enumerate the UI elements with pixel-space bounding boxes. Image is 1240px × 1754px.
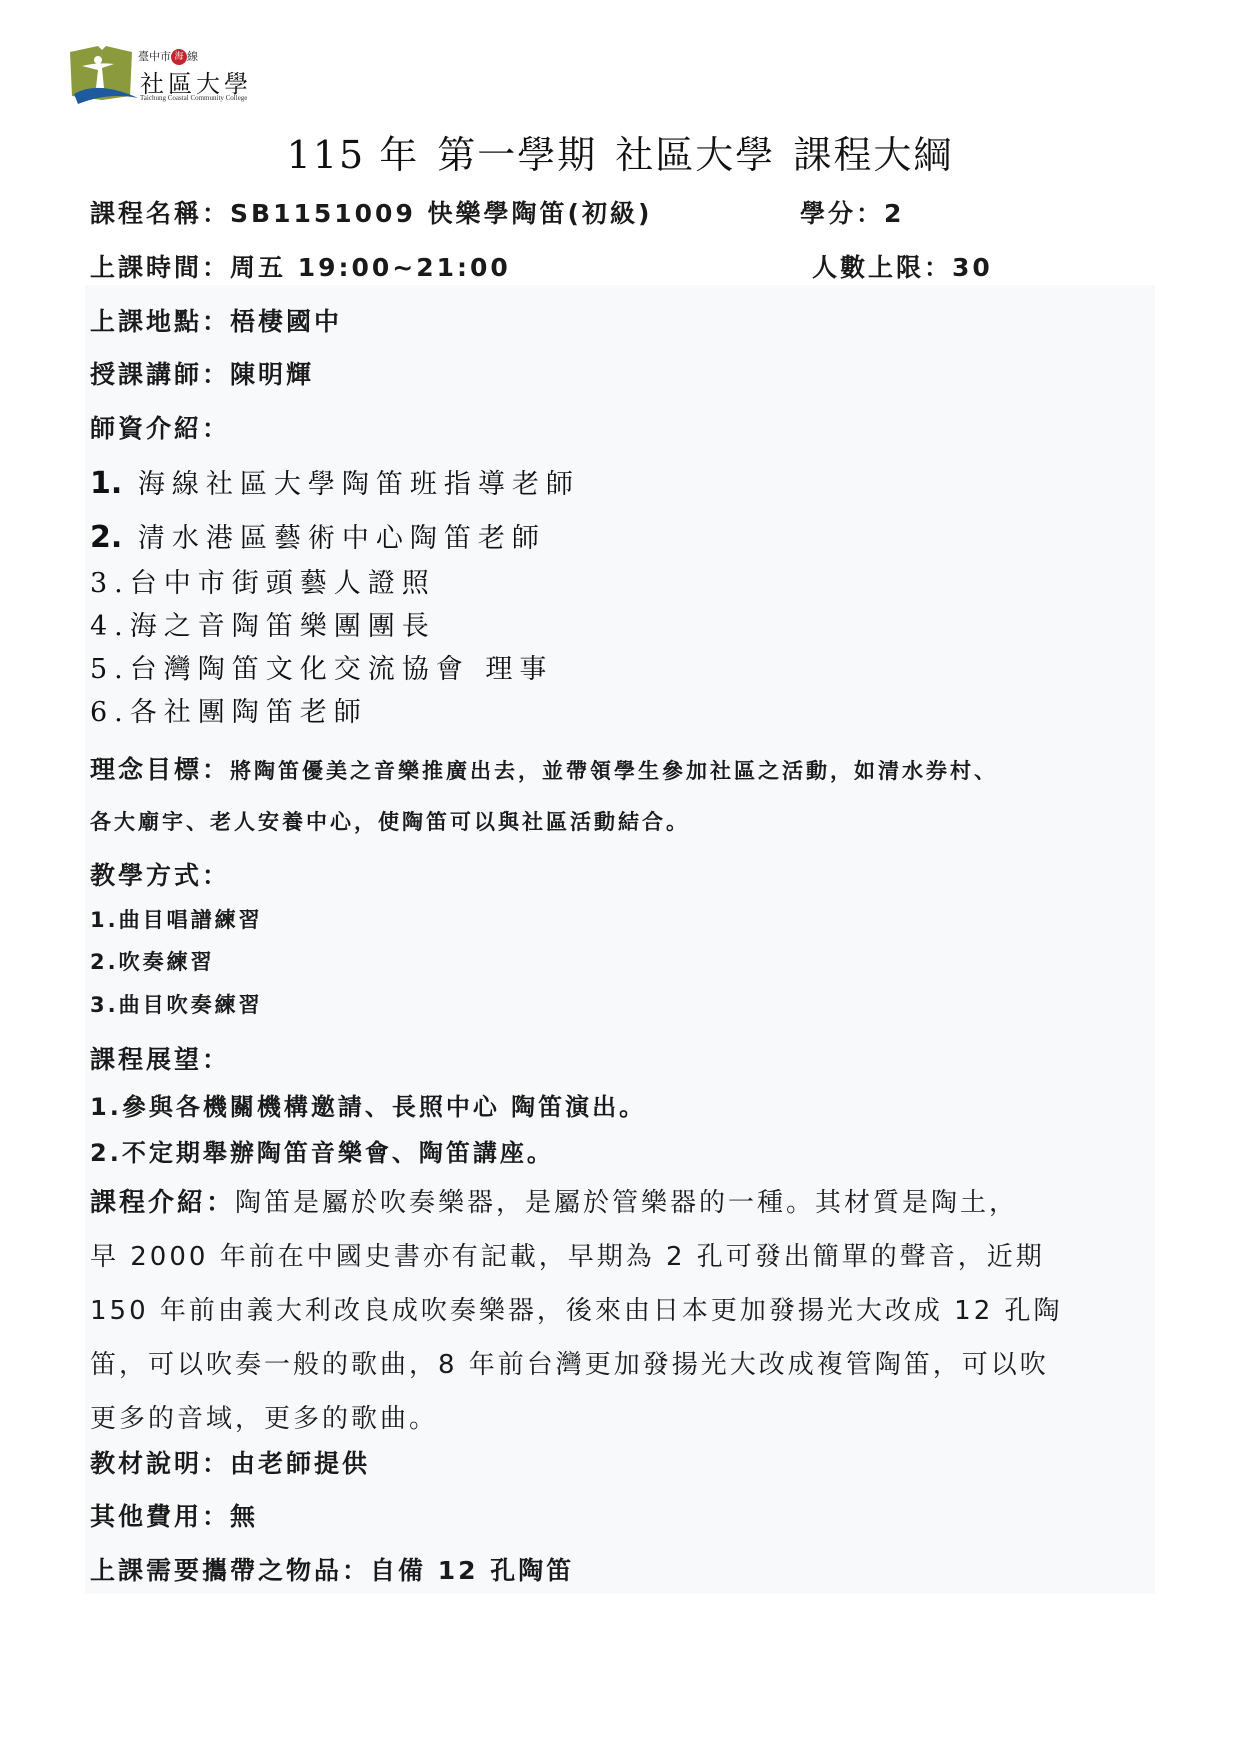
bio-item: 5.台灣陶笛文化交流協會 理事 (90, 647, 553, 686)
outlook-item: 2.不定期舉辦陶笛音樂會、陶笛講座。 (90, 1133, 554, 1168)
instructor-label: 授課講師： (90, 360, 230, 389)
course-name-value: SB1151009 快樂學陶笛(初級) (230, 199, 652, 228)
bio-item: 6.各社團陶笛老師 (90, 690, 368, 729)
fees-row: 其他費用：無 (90, 1497, 258, 1533)
materials-row: 教材說明：由老師提供 (90, 1444, 370, 1480)
time-label: 上課時間： (90, 253, 230, 282)
teaching-heading: 教學方式： (90, 856, 230, 892)
page-title: 115 年第一學期社區大學課程大綱 (0, 124, 1240, 179)
teaching-item: 3.曲目吹奏練習 (90, 989, 263, 1019)
location-row: 上課地點：梧棲國中 (90, 302, 342, 338)
bring-value: 自備 12 孔陶笛 (370, 1556, 574, 1585)
intro-line: 更多的音域，更多的歌曲。 (90, 1398, 438, 1435)
bring-row: 上課需要攜帶之物品：自備 12 孔陶笛 (90, 1551, 574, 1587)
logo-city-text: 臺中市海線 (138, 48, 198, 65)
capacity-value: 30 (952, 253, 993, 282)
credit-value: 2 (884, 199, 904, 228)
capacity-row: 人數上限：30 (812, 248, 993, 284)
course-name-label: 課程名稱： (90, 199, 230, 228)
time-value: 周五 19:00~21:00 (230, 253, 511, 282)
goal-text-line1: 將陶笛優美之音樂推廣出去，並帶領學生參加社區之活動，如清水券村、 (230, 759, 998, 783)
fees-value: 無 (230, 1502, 258, 1531)
materials-value: 由老師提供 (230, 1449, 370, 1478)
time-row: 上課時間：周五 19:00~21:00 (90, 248, 511, 284)
outlook-heading: 課程展望： (90, 1040, 230, 1076)
intro-line: 笛，可以吹奏一般的歌曲，8 年前台灣更加發揚光大改成複管陶笛，可以吹 (90, 1344, 1049, 1381)
goal-row: 理念目標：將陶笛優美之音樂推廣出去，並帶領學生參加社區之活動，如清水券村、 (90, 750, 998, 786)
capacity-label: 人數上限： (812, 253, 952, 282)
intro-line: 課程介紹：陶笛是屬於吹奏樂器，是屬於管樂器的一種。其材質是陶土， (90, 1182, 1018, 1219)
teaching-item: 1.曲目唱譜練習 (90, 904, 263, 934)
instructor-row: 授課講師：陳明輝 (90, 355, 314, 391)
logo-badge: 海 (171, 49, 187, 65)
goal-label: 理念目標： (90, 755, 230, 784)
bring-label: 上課需要攜帶之物品： (90, 1556, 370, 1585)
bio-heading: 師資介紹： (90, 409, 230, 445)
intro-line: 150 年前由義大利改良成吹奏樂器，後來由日本更加發揚光大改成 12 孔陶 (90, 1290, 1063, 1327)
instructor-value: 陳明輝 (230, 360, 314, 389)
bio-item: 2. 清水港區藝術中心陶笛老師 (90, 516, 546, 555)
logo-english-text: Taichung Coastal Community College (140, 94, 247, 102)
course-name-row: 課程名稱：SB1151009 快樂學陶笛(初級) (90, 194, 652, 230)
location-label: 上課地點： (90, 307, 230, 336)
intro-line: 早 2000 年前在中國史書亦有記載，早期為 2 孔可發出簡單的聲音，近期 (90, 1236, 1045, 1273)
bio-item: 1. 海線社區大學陶笛班指導老師 (90, 462, 580, 501)
credit-row: 學分：2 (800, 194, 904, 230)
goal-text-line2: 各大廟宇、老人安養中心，使陶笛可以與社區活動結合。 (90, 806, 690, 836)
intro-label: 課程介紹： (90, 1188, 235, 1218)
bio-item: 4.海之音陶笛樂團團長 (90, 604, 436, 643)
outlook-item: 1.參與各機關機構邀請、長照中心 陶笛演出。 (90, 1087, 646, 1122)
teaching-item: 2.吹奏練習 (90, 946, 215, 976)
bio-item: 3.台中市街頭藝人證照 (90, 561, 436, 600)
fees-label: 其他費用： (90, 1502, 230, 1531)
materials-label: 教材說明： (90, 1449, 230, 1478)
location-value: 梧棲國中 (230, 307, 342, 336)
book-person-icon (68, 44, 140, 108)
credit-label: 學分： (800, 199, 884, 228)
college-logo: 臺中市海線 社區大學 Taichung Coastal Community Co… (68, 44, 268, 108)
